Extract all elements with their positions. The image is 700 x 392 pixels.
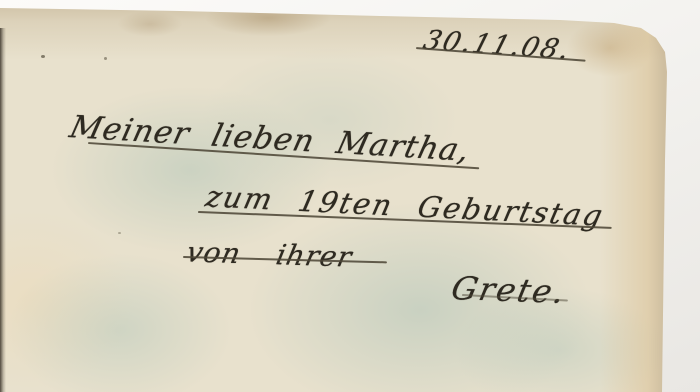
inscription-signature: Grete. (449, 272, 569, 308)
book-gutter-shadow (0, 28, 6, 392)
inscription-line-3: von ihrer (184, 238, 355, 271)
paper-speck (118, 232, 121, 234)
inscription-line-1: Meiner lieben Martha, (67, 112, 474, 166)
paper-speck (41, 55, 45, 58)
photograph-of-book-inscription: 30.11.08. Meiner lieben Martha, zum 19te… (0, 0, 700, 392)
paper-speck (104, 57, 107, 60)
inscription-line-2: zum 19ten Geburtstag (203, 182, 607, 230)
book-endpaper-page: 30.11.08. Meiner lieben Martha, zum 19te… (0, 0, 700, 392)
